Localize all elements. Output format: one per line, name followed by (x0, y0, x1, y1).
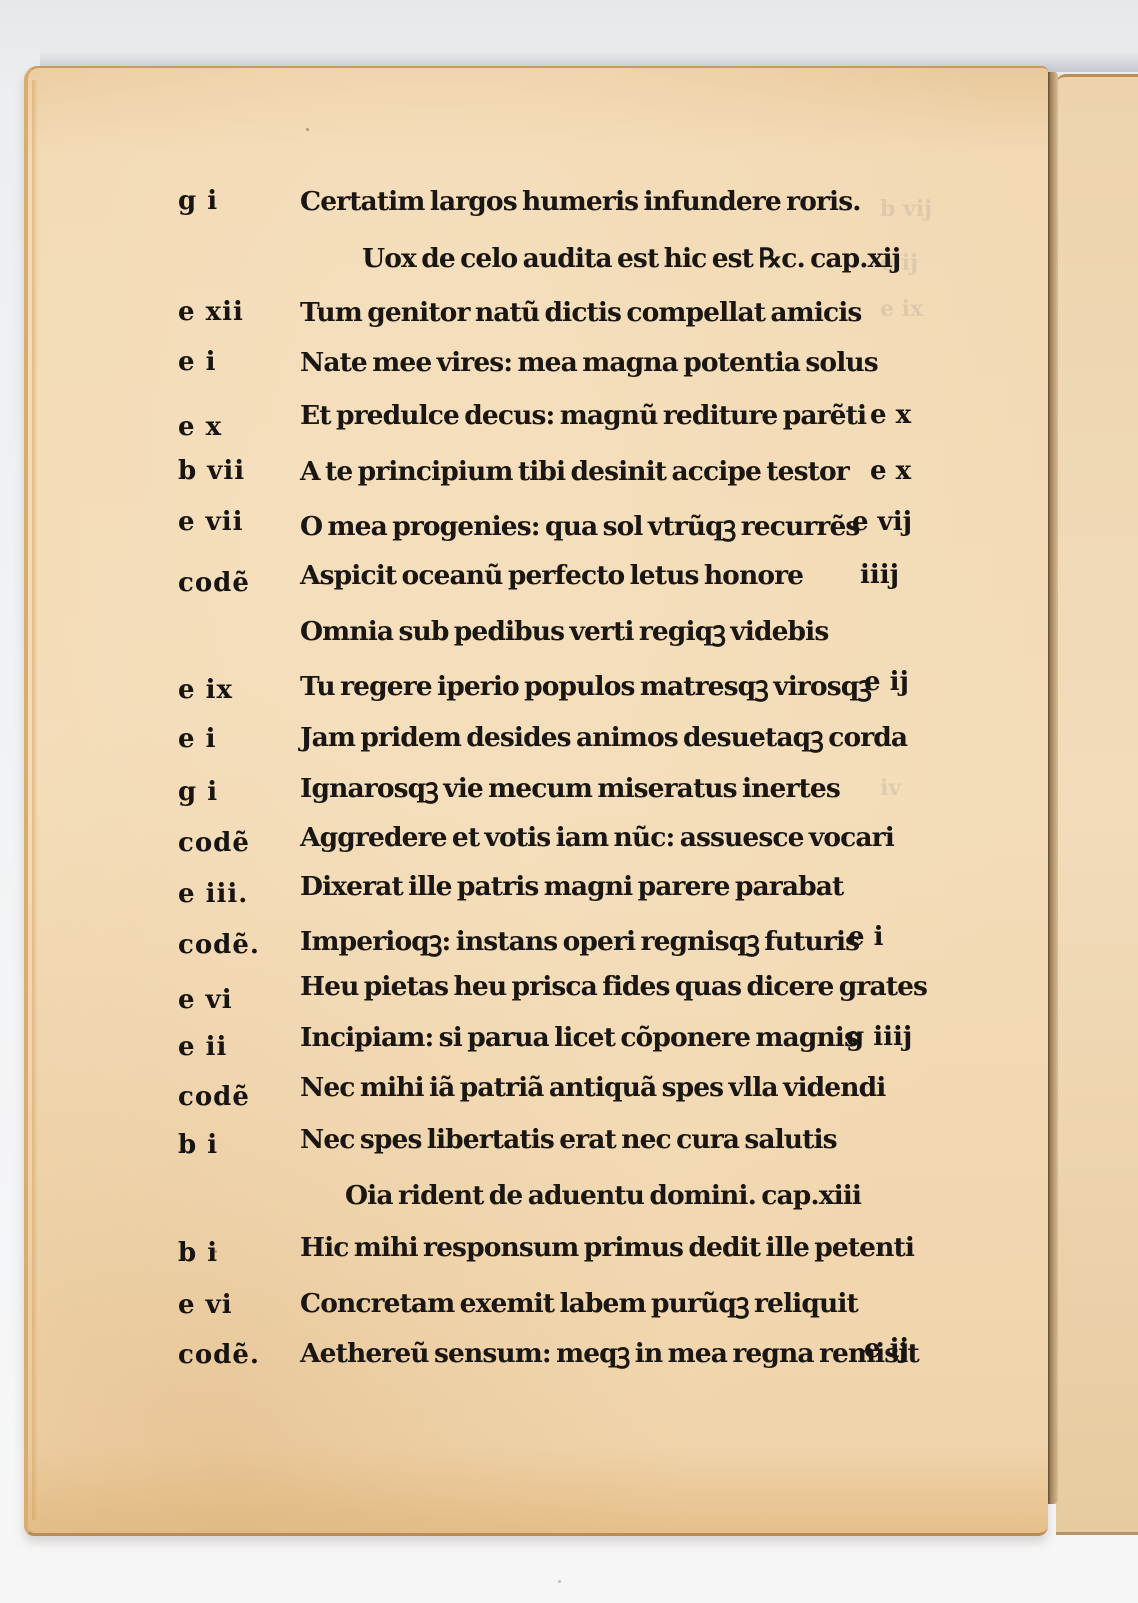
paper-speck (558, 1580, 561, 1583)
verse-text: Certatim largos humeris infundere roris. (300, 186, 861, 217)
verse-text: Nec mihi iã patriã antiquã spes vlla vid… (300, 1072, 885, 1103)
chapter-heading: Oia rident de aduentu domini. cap.xiii (0, 1180, 1138, 1220)
text-line: g i Certatim largos humeris infundere ro… (0, 186, 1138, 226)
text-line: Omnia sub pedibus verti regiqꝫ videbis (0, 612, 1138, 652)
text-line: b i Nec spes libertatis erat nec cura sa… (0, 1124, 1138, 1164)
margin-note-left: b vii (178, 456, 245, 486)
text-line: e i Nate mee vires: mea magna potentia s… (0, 347, 1138, 387)
margin-note-left: e xii (178, 297, 244, 327)
verse-text: Dixerat ille patris magni parere parabat (300, 871, 843, 902)
margin-note-left: e ii (178, 1032, 227, 1062)
text-line: e iii. Dixerat ille patris magni parere … (0, 871, 1138, 911)
margin-note-left: e i (178, 724, 216, 754)
text-line: g i Ignarosqꝫ vie mecum miseratus inerte… (0, 769, 1138, 809)
margin-note-left: e x (178, 412, 222, 442)
margin-note-right: e ij (864, 667, 909, 697)
text-line: e i Jam pridem desides animos desuetaqꝫ … (0, 718, 1138, 758)
margin-note-right: e i (848, 922, 883, 952)
text-line: e ix Tu regere iperio populos matresqꝫ v… (0, 667, 1138, 707)
margin-note-left: e i (178, 347, 216, 377)
verse-text: Ignarosqꝫ vie mecum miseratus inertes (300, 769, 840, 805)
heading-text: Oia rident de aduentu domini. cap.xiii (345, 1180, 861, 1211)
text-line: b vii A te principium tibi desinit accip… (0, 456, 1138, 496)
verse-text: Nec spes libertatis erat nec cura saluti… (300, 1124, 837, 1155)
margin-note-left: b i (178, 1130, 218, 1160)
verse-text: Hic mihi responsum primus dedit ille pet… (300, 1232, 914, 1263)
margin-note-right: e ij (864, 1334, 909, 1364)
text-line: codẽ Aggredere et votis iam nũc: assuesc… (0, 822, 1138, 862)
text-line: codẽ Aspicit oceanũ perfecto letus honor… (0, 560, 1138, 600)
paper-speck (306, 128, 309, 131)
margin-note-left: codẽ. (178, 1340, 260, 1370)
verse-text: Incipiam: si parua licet cõponere magnis (300, 1022, 858, 1053)
text-line: e xii Tum genitor natũ dictis compellat … (0, 297, 1138, 337)
margin-note-right: g iiij (846, 1022, 912, 1052)
verse-text: Imperioqꝫ: instans operi regnisqꝫ futuri… (300, 922, 859, 958)
margin-note-left: e vi (178, 985, 233, 1015)
text-line: codẽ. Imperioqꝫ: instans operi regnisqꝫ … (0, 922, 1138, 962)
verse-text: O mea progenies: qua sol vtrũqꝫ recurrẽs (300, 507, 859, 543)
verse-text: Jam pridem desides animos desuetaqꝫ cord… (300, 718, 907, 754)
margin-note-left: codẽ. (178, 930, 260, 960)
text-line: e ii Incipiam: si parua licet cõponere m… (0, 1022, 1138, 1062)
text-line: e vii O mea progenies: qua sol vtrũqꝫ re… (0, 507, 1138, 547)
text-line: b i Hic mihi responsum primus dedit ille… (0, 1232, 1138, 1272)
chapter-heading: Uox de celo audita est hic est ℞c. cap.x… (0, 243, 1138, 283)
text-line: codẽ Nec mihi iã patriã antiquã spes vll… (0, 1072, 1138, 1112)
margin-note-left: g i (178, 777, 218, 807)
margin-note-left: b i (178, 1238, 218, 1268)
verse-text: Omnia sub pedibus verti regiqꝫ videbis (300, 612, 828, 648)
heading-text: Uox de celo audita est hic est ℞c. cap.x… (362, 243, 900, 274)
text-line: e vi Concretam exemit labem purũqꝫ reliq… (0, 1284, 1138, 1324)
margin-note-left: g i (178, 186, 218, 216)
margin-note-left: e vii (178, 507, 243, 537)
margin-note-right: e vij (852, 507, 912, 537)
margin-note-left: e vi (178, 1290, 233, 1320)
margin-note-right: e x (870, 400, 911, 430)
verse-text: Heu pietas heu prisca fides quas dicere … (300, 971, 927, 1002)
verse-text: A te principium tibi desinit accipe test… (300, 456, 849, 487)
verse-text: Aggredere et votis iam nũc: assuesce voc… (300, 822, 894, 853)
margin-note-right: e x (870, 456, 911, 486)
margin-note-left: e iii. (178, 879, 248, 909)
text-line: codẽ. Aethereũ sensum: meqꝫ in mea regna… (0, 1334, 1138, 1374)
text-line: e vi Heu pietas heu prisca fides quas di… (0, 971, 1138, 1011)
margin-note-left: e ix (178, 675, 233, 705)
margin-note-right: iiij (860, 560, 899, 590)
verse-text: Concretam exemit labem purũqꝫ reliquit (300, 1284, 858, 1320)
margin-note-left: codẽ (178, 568, 250, 598)
verse-text: Et predulce decus: magnũ rediture parẽti (300, 400, 866, 431)
margin-note-left: codẽ (178, 828, 250, 858)
margin-note-left: codẽ (178, 1082, 250, 1112)
verse-text: Tum genitor natũ dictis compellat amicis (300, 297, 861, 328)
verse-text: Tu regere iperio populos matresqꝫ virosq… (300, 667, 871, 703)
text-line: e x Et predulce decus: magnũ rediture pa… (0, 400, 1138, 440)
verse-text: Nate mee vires: mea magna potentia solus (300, 347, 878, 378)
verse-text: Aspicit oceanũ perfecto letus honore (300, 560, 803, 591)
verse-text: Aethereũ sensum: meqꝫ in mea regna remis… (300, 1334, 919, 1370)
